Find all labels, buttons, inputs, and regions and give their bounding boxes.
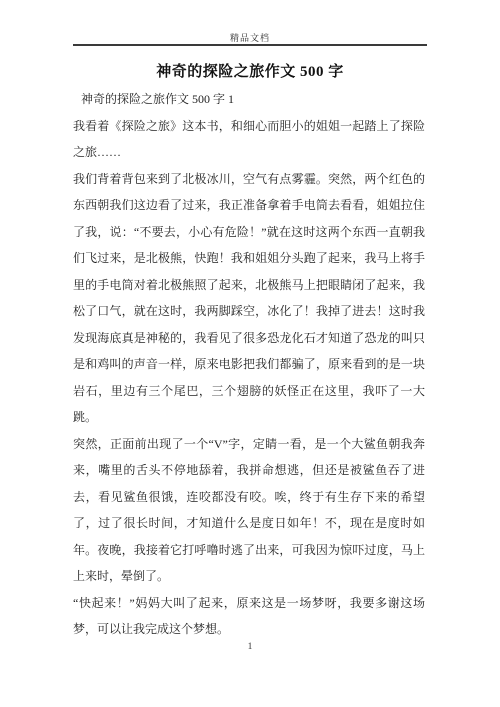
- page-header-label: 精品文档: [0, 31, 500, 44]
- header-divider: [73, 44, 427, 46]
- paragraph: “快起来！”妈妈大叫了起来，原来这是一场梦呀，我要多谢这场梦，可以让我完成这个梦…: [73, 590, 425, 643]
- paragraph: 我们背着背包来到了北极冰川，空气有点雾霾。突然，两个红色的东西朝我们这边看了过来…: [73, 166, 425, 431]
- paragraph: 神奇的探险之旅作文 500 字 1: [73, 86, 425, 113]
- paragraph: 我看着《探险之旅》这本书，和细心而胆小的姐姐一起踏上了探险之旅……: [73, 113, 425, 166]
- document-body: 神奇的探险之旅作文 500 字 1我看着《探险之旅》这本书，和细心而胆小的姐姐一…: [73, 86, 425, 643]
- page-number: 1: [0, 642, 500, 652]
- document-page: 精品文档 神奇的探险之旅作文 500 字 神奇的探险之旅作文 500 字 1我看…: [0, 0, 500, 707]
- document-title: 神奇的探险之旅作文 500 字: [0, 60, 500, 81]
- paragraph: 突然，正面前出现了一个“V”字，定睛一看，是一个大鲨鱼朝我奔来，嘴里的舌头不停地…: [73, 431, 425, 590]
